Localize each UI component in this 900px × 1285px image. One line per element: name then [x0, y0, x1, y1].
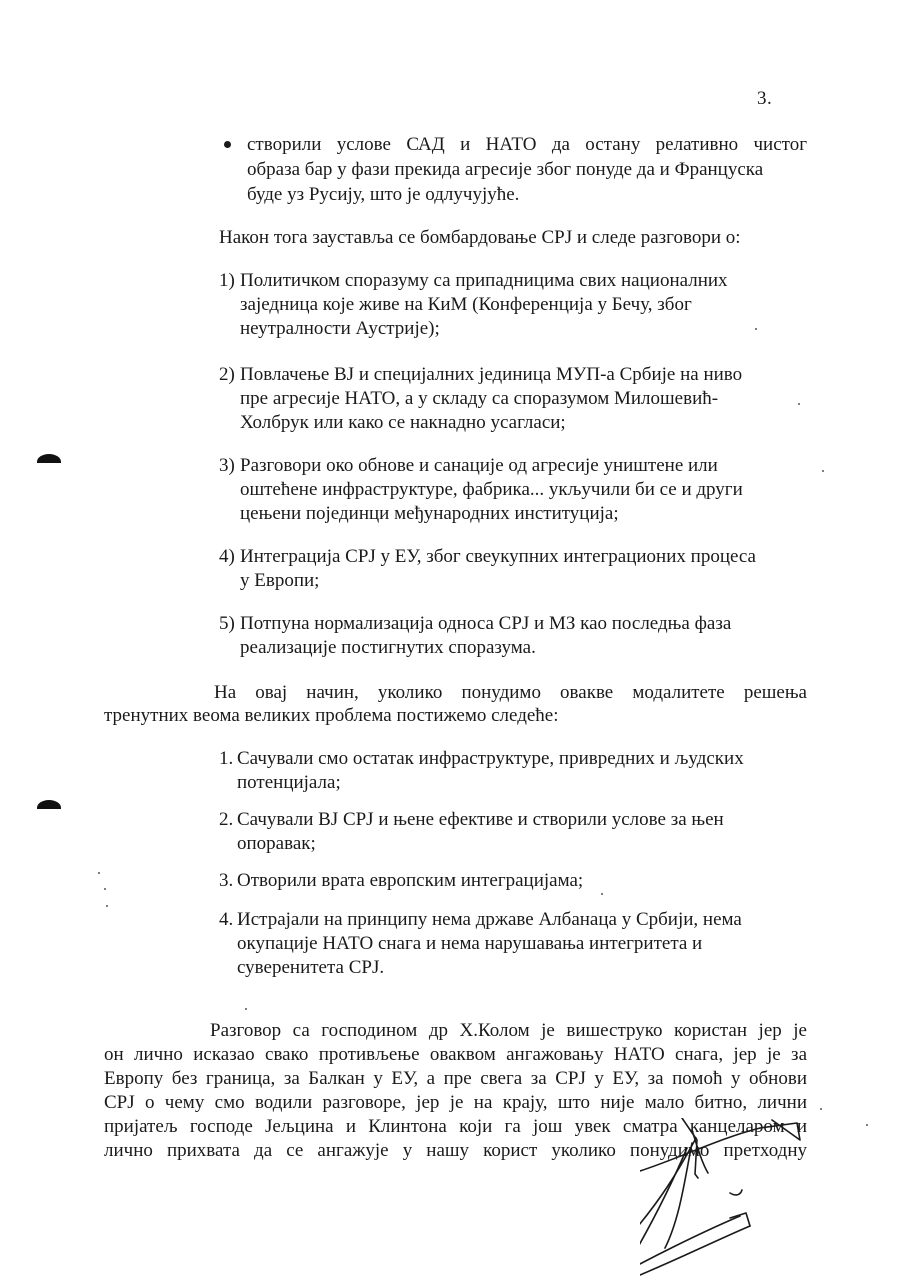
paragraph-line: Европу без граница, за Балкан у ЕУ, а пр…: [104, 1068, 807, 1090]
list-item-line: оштећене инфраструктуре, фабрика... укљу…: [240, 479, 743, 501]
paragraph-line: Разговор са господином др Х.Колом је виш…: [210, 1020, 807, 1042]
bullet-line: створили услове САД и НАТО да остану рел…: [247, 134, 807, 156]
list-item-line: у Европи;: [240, 570, 319, 592]
hole-punch-icon: [37, 800, 61, 809]
list-item-line: неутралности Аустрије);: [240, 318, 440, 340]
speck-mark: [245, 1008, 247, 1010]
list-item-line: опоравак;: [237, 833, 316, 855]
bullet-icon: [224, 141, 231, 148]
hole-punch-icon: [37, 454, 61, 463]
list-marker: 3): [219, 455, 235, 477]
list-item-line: Отворили врата европским интеграцијама;: [237, 870, 583, 892]
paragraph-line: На овај начин, уколико понудимо овакве м…: [214, 682, 807, 704]
list-marker: 1): [219, 270, 235, 292]
list-item-line: Политичком споразуму са припадницима сви…: [240, 270, 728, 292]
speck-mark: [98, 872, 100, 874]
intro-line: Након тога зауставља се бомбардовање СРЈ…: [219, 227, 741, 249]
speck-mark: [820, 1108, 822, 1110]
speck-mark: [798, 403, 800, 405]
list-marker: 2): [219, 364, 235, 386]
signature-icon: [640, 1118, 900, 1285]
paragraph-line: тренутних веома великих проблема постиже…: [104, 705, 559, 727]
list-marker: 4.: [219, 909, 233, 931]
page-number: 3.: [757, 88, 772, 110]
list-item-line: пре агресије НАТО, а у складу са споразу…: [240, 388, 718, 410]
list-item-line: Сачували ВЈ СРЈ и њене ефективе и створи…: [237, 809, 724, 831]
list-marker: 4): [219, 546, 235, 568]
list-item-line: Сачували смо остатак инфраструктуре, при…: [237, 748, 744, 770]
list-item-line: Истрајали на принципу нема државе Албана…: [237, 909, 742, 931]
list-item-line: Разговори око обнове и санације од агрес…: [240, 455, 718, 477]
speck-mark: [755, 328, 757, 330]
list-marker: 1.: [219, 748, 233, 770]
list-item-line: Интеграција СРЈ у ЕУ, због свеукупних ин…: [240, 546, 756, 568]
list-item-line: Потпуна нормализација односа СРЈ и МЗ ка…: [240, 613, 731, 635]
list-item-line: Повлачење ВЈ и специјалних јединица МУП-…: [240, 364, 742, 386]
list-item-line: цењени појединци међународних институциј…: [240, 503, 619, 525]
speck-mark: [822, 470, 824, 472]
list-item-line: реализације постигнутих споразума.: [240, 637, 536, 659]
list-item-line: заједница које живе на КиМ (Конференција…: [240, 294, 692, 316]
bullet-line: буде уз Русију, што је одлучујуће.: [247, 184, 519, 206]
list-marker: 5): [219, 613, 235, 635]
paragraph-line: СРЈ о чему смо водили разговоре, јер је …: [104, 1092, 807, 1114]
list-item-line: суверенитета СРЈ.: [237, 957, 384, 979]
list-item-line: окупације НАТО снага и нема нарушавања и…: [237, 933, 702, 955]
bullet-line: образа бар у фази прекида агресије због …: [247, 159, 763, 181]
list-item-line: потенцијала;: [237, 772, 341, 794]
list-item-line: Холбрук или како се накнадно усагласи;: [240, 412, 566, 434]
speck-mark: [601, 893, 603, 895]
speck-mark: [104, 888, 106, 890]
paragraph-line: он лично исказао свако противљење овакво…: [104, 1044, 807, 1066]
speck-mark: [106, 905, 108, 907]
list-marker: 2.: [219, 809, 233, 831]
list-marker: 3.: [219, 870, 233, 892]
